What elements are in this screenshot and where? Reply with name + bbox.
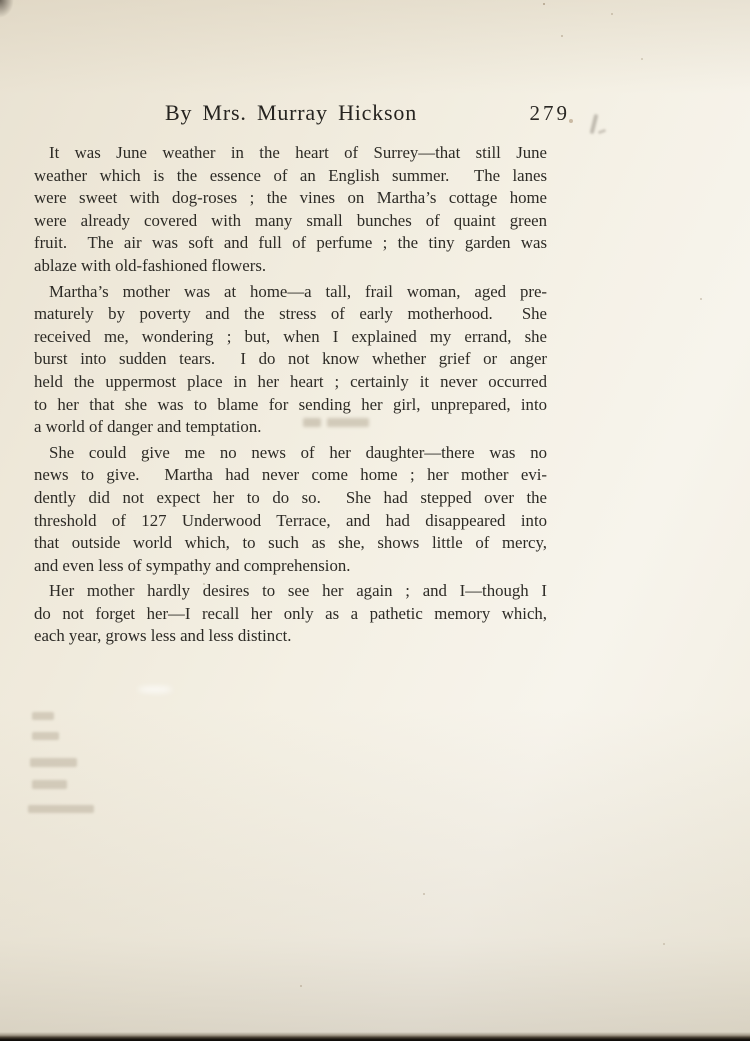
text-line: She could give me no news of her daughte… xyxy=(34,442,547,465)
text-line: to her that she was to blame for sending… xyxy=(34,394,547,417)
paper-smudge xyxy=(138,686,172,693)
text-line: were already covered with many small bun… xyxy=(34,210,547,233)
paragraph: Her mother hardly desires to see her aga… xyxy=(34,580,547,648)
body-text: It was June weather in the heart of Surr… xyxy=(34,142,547,648)
showthrough-fragment xyxy=(327,418,369,427)
text-line: burst into sudden tears. I do not know w… xyxy=(34,348,547,371)
showthrough-line-artifact xyxy=(32,780,67,789)
text-line: dently did not expect her to do so. She … xyxy=(34,487,547,510)
text-line: were sweet with dog-roses ; the vines on… xyxy=(34,187,547,210)
text-line: threshold of 127 Underwood Terrace, and … xyxy=(34,510,547,533)
text-line: each year, grows less and less distinct. xyxy=(34,625,547,648)
showthrough-heading-artifact xyxy=(303,416,369,429)
page-number: 279 xyxy=(530,101,571,126)
scan-edge xyxy=(0,1032,750,1041)
showthrough-line-artifact xyxy=(32,732,59,740)
text-line: held the uppermost place in her heart ; … xyxy=(34,371,547,394)
showthrough-line-artifact xyxy=(30,758,77,767)
text-line: and even less of sympathy and comprehens… xyxy=(34,555,547,578)
book-page: By Mrs. Murray Hickson 279 It was June w… xyxy=(0,0,750,1041)
page-header: By Mrs. Murray Hickson 279 xyxy=(35,100,570,134)
showthrough-line-artifact xyxy=(32,712,54,720)
text-line: a world of danger and temptation. xyxy=(34,416,547,439)
pencil-mark xyxy=(598,129,607,135)
text-line: news to give. Martha had never come home… xyxy=(34,464,547,487)
text-line: maturely by poverty and the stress of ea… xyxy=(34,303,547,326)
paragraph: It was June weather in the heart of Surr… xyxy=(34,142,547,278)
text-line: Her mother hardly desires to see her aga… xyxy=(34,580,547,603)
text-line: weather which is the essence of an Engli… xyxy=(34,165,547,188)
paragraph: Martha’s mother was at home—a tall, frai… xyxy=(34,281,547,439)
paper-specks xyxy=(543,3,545,5)
text-line: Martha’s mother was at home—a tall, frai… xyxy=(34,281,547,304)
corner-shadow xyxy=(0,0,14,18)
paragraph: She could give me no news of her daughte… xyxy=(34,442,547,578)
text-line: that outside world which, to such as she… xyxy=(34,532,547,555)
page-title: By Mrs. Murray Hickson xyxy=(35,100,547,126)
text-line: It was June weather in the heart of Surr… xyxy=(34,142,547,165)
text-line: received me, wondering ; but, when I exp… xyxy=(34,326,547,349)
showthrough-fragment xyxy=(303,418,321,427)
text-line: do not forget her—I recall her only as a… xyxy=(34,603,547,626)
text-line: ablaze with old-fashioned flowers. xyxy=(34,255,547,278)
text-line: fruit. The air was soft and full of perf… xyxy=(34,232,547,255)
showthrough-line-artifact xyxy=(28,805,94,813)
